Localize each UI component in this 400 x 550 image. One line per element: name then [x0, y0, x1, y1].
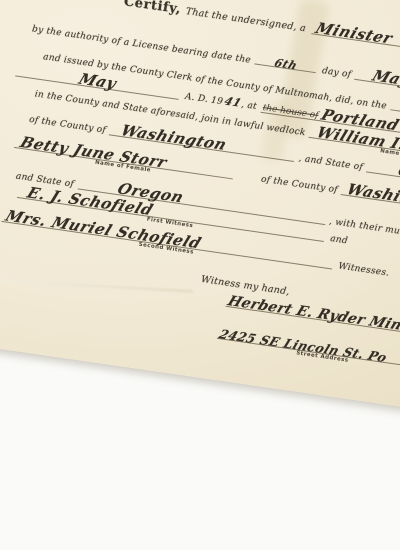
printed-text: That the undersigned, a	[185, 6, 307, 34]
certify-word: Certify,	[123, 0, 182, 17]
street-address-entry: 2425 SE Lincoln St. Po	[217, 328, 388, 364]
male-state-entry: Oregon	[396, 163, 400, 187]
female-county-entry: Washington	[345, 182, 400, 211]
printed-text: day of	[321, 66, 351, 80]
officiant-title-entry: Minister	[313, 21, 394, 46]
officiant-title-field: Minister	[311, 18, 400, 56]
certificate-paper: Certify, That the undersigned, a Ministe…	[0, 0, 400, 418]
photo-canvas: Certify, That the undersigned, a Ministe…	[0, 0, 400, 550]
printed-text: , at	[241, 100, 258, 112]
printed-text: and	[330, 234, 349, 246]
printed-text: of the County of	[260, 175, 338, 196]
printed-text: Witnesses.	[338, 261, 390, 278]
printed-text: , and State of	[298, 154, 363, 173]
paper-crease	[0, 273, 193, 292]
license-month-field: May	[354, 64, 400, 90]
female-county-field: Washington	[341, 179, 400, 216]
license-day-entry: 6th	[272, 57, 298, 71]
spacer	[233, 177, 261, 181]
printed-text: of the County of	[28, 115, 106, 136]
license-month-entry: May	[370, 69, 400, 89]
